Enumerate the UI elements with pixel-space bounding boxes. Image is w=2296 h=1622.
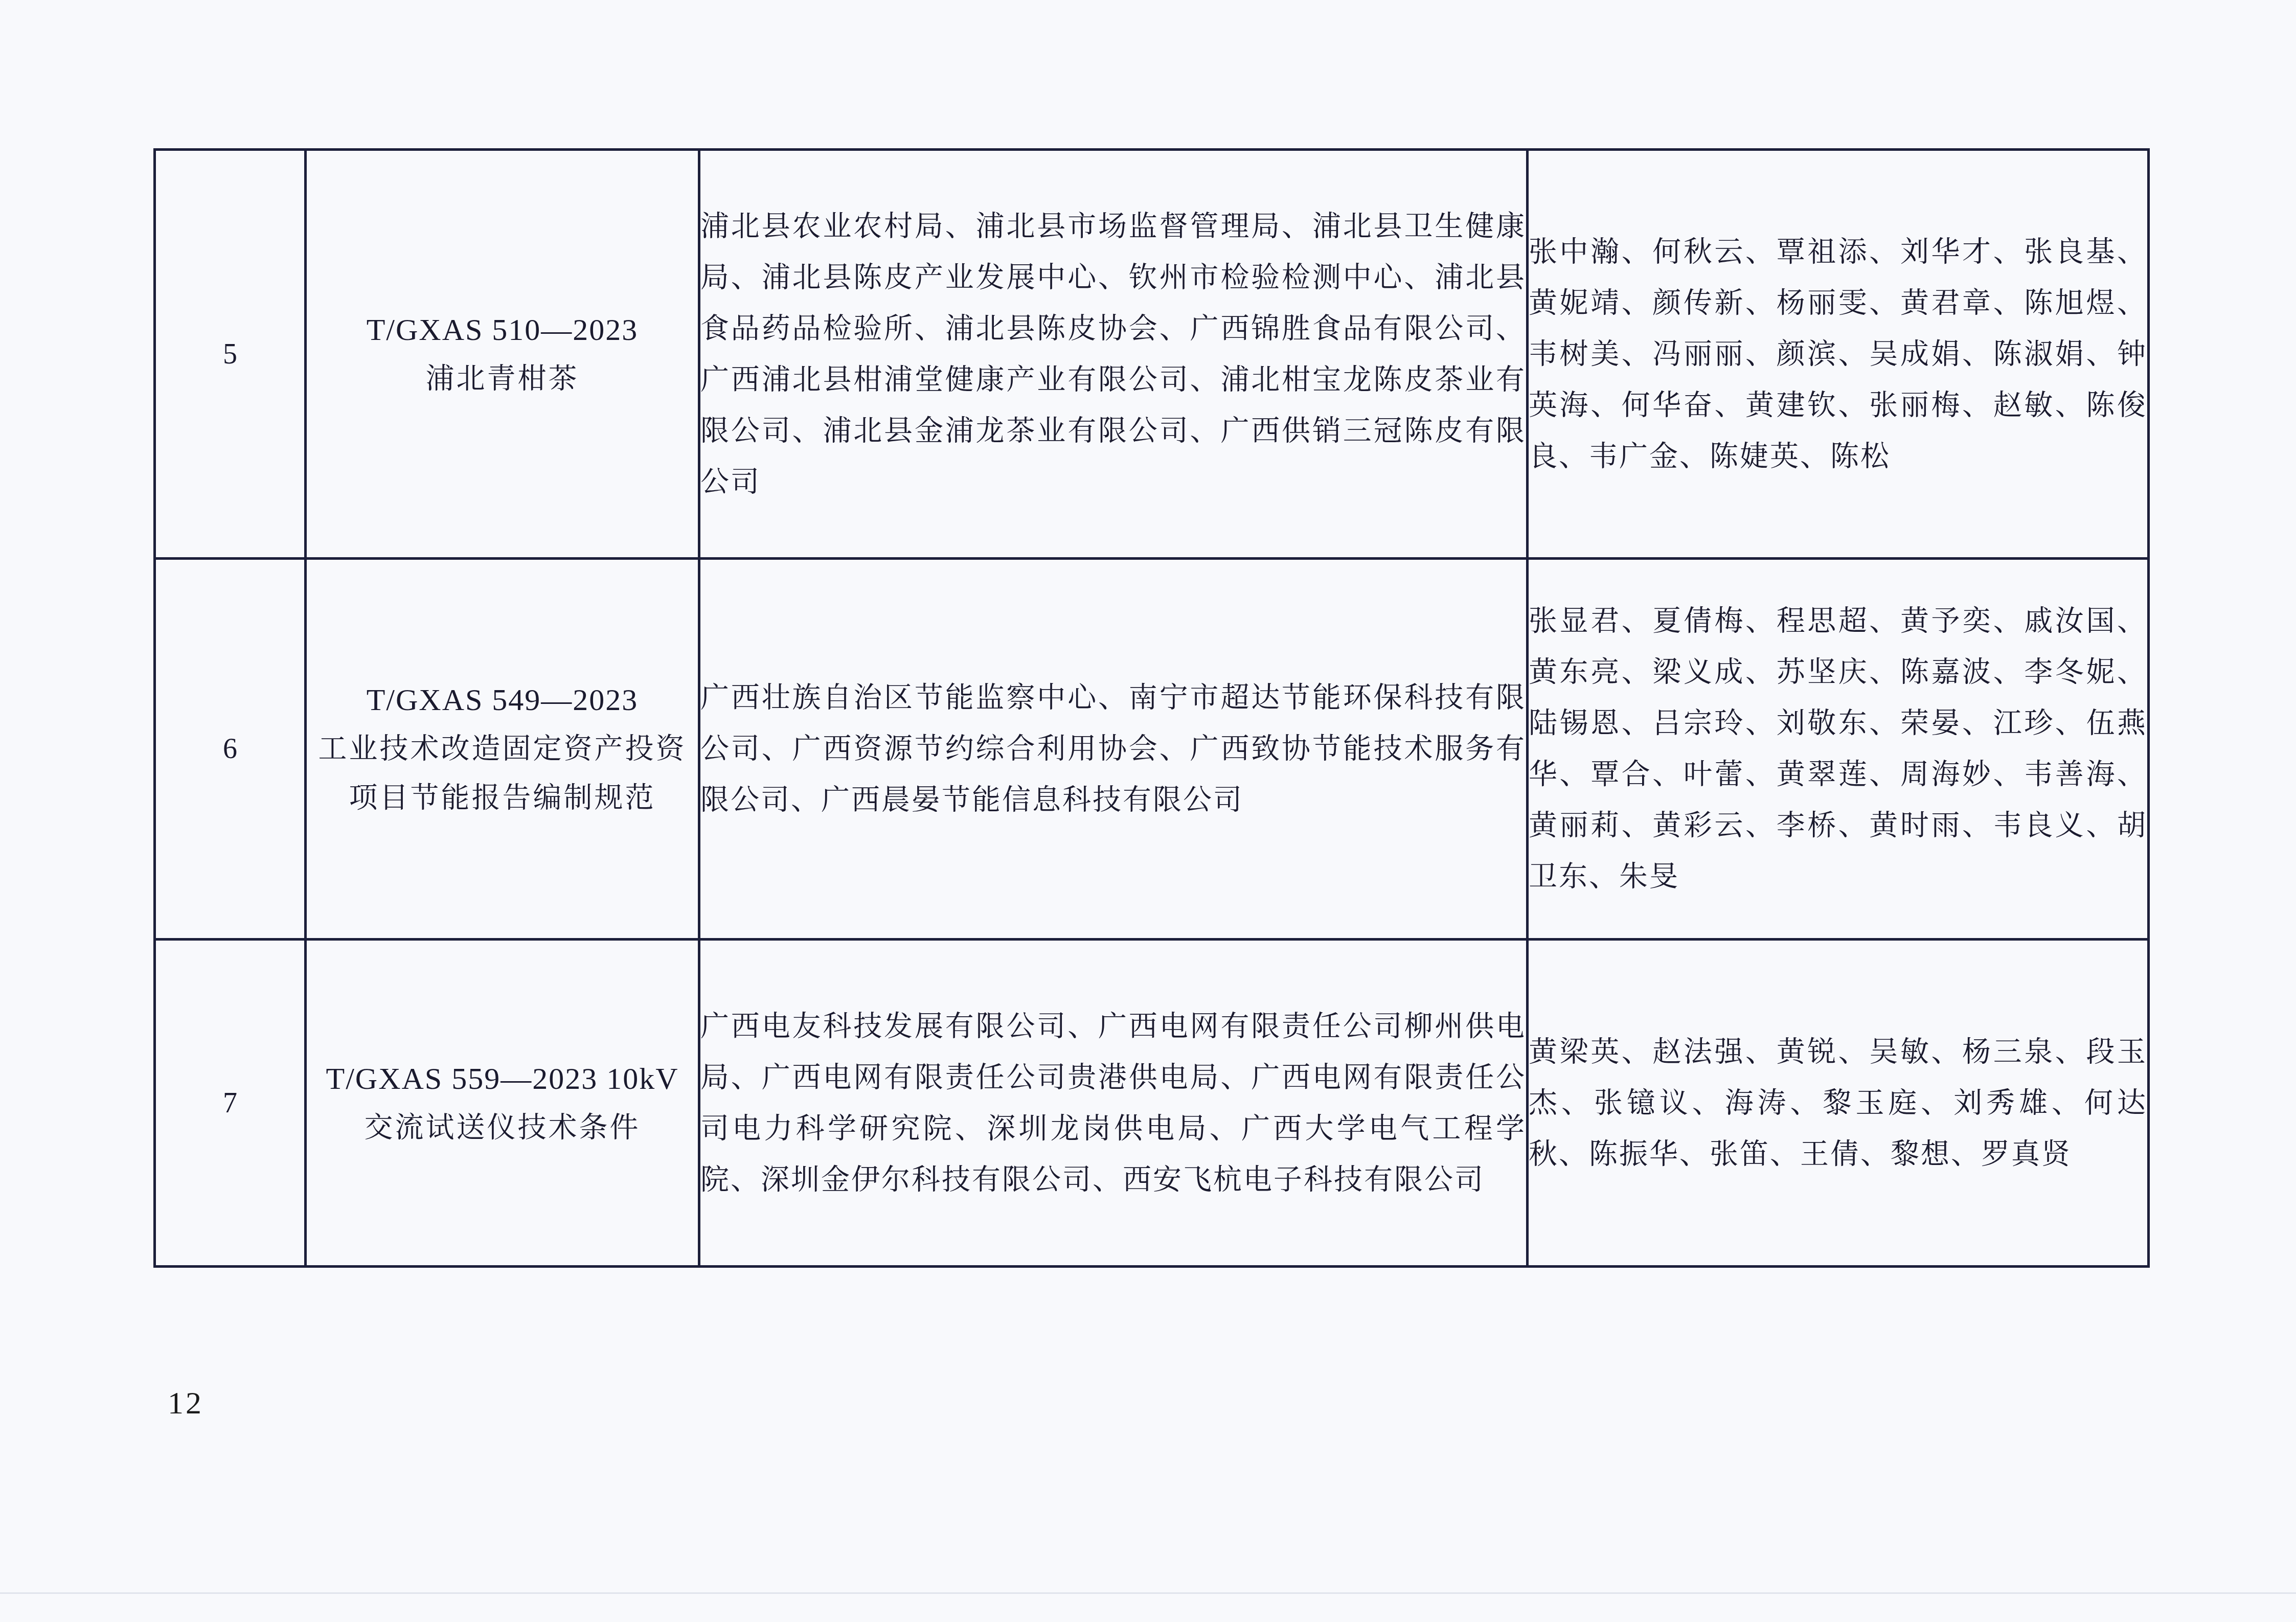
standard-code: T/GXAS 559—2023 10kV [307, 1054, 698, 1103]
row-index: 6 [155, 559, 306, 940]
standard-cell: T/GXAS 510—2023 浦北青柑茶 [306, 150, 699, 559]
drafters-cell: 张中瀚、何秋云、覃祖添、刘华才、张良基、黄妮靖、颜传新、杨丽雯、黄君章、陈旭煜、… [1528, 150, 2149, 559]
standards-table: 5 T/GXAS 510—2023 浦北青柑茶 浦北县农业农村局、浦北县市场监督… [153, 148, 2150, 1268]
drafters-cell: 张显君、夏倩梅、程思超、黄予奕、戚汝国、黄东亮、梁义成、苏坚庆、陈嘉波、李冬妮、… [1528, 559, 2149, 940]
row-index: 7 [155, 940, 306, 1267]
standard-cell: T/GXAS 559—2023 10kV 交流试送仪技术条件 [306, 940, 699, 1267]
standard-cell: T/GXAS 549—2023 工业技术改造固定资产投资项目节能报告编制规范 [306, 559, 699, 940]
row-index: 5 [155, 150, 306, 559]
standard-name: 浦北青柑茶 [307, 354, 698, 403]
standard-code: T/GXAS 510—2023 [307, 305, 698, 354]
organizations-cell: 广西电友科技发展有限公司、广西电网有限责任公司柳州供电局、广西电网有限责任公司贵… [699, 940, 1528, 1267]
document-page: 5 T/GXAS 510—2023 浦北青柑茶 浦北县农业农村局、浦北县市场监督… [0, 0, 2296, 1622]
table-row: 7 T/GXAS 559—2023 10kV 交流试送仪技术条件 广西电友科技发… [155, 940, 2149, 1267]
table-row: 6 T/GXAS 549—2023 工业技术改造固定资产投资项目节能报告编制规范… [155, 559, 2149, 940]
standard-name: 工业技术改造固定资产投资项目节能报告编制规范 [307, 724, 698, 823]
page-number: 12 [168, 1385, 203, 1422]
organizations-cell: 浦北县农业农村局、浦北县市场监督管理局、浦北县卫生健康局、浦北县陈皮产业发展中心… [699, 150, 1528, 559]
standard-code: T/GXAS 549—2023 [307, 675, 698, 724]
table-row: 5 T/GXAS 510—2023 浦北青柑茶 浦北县农业农村局、浦北县市场监督… [155, 150, 2149, 559]
page-bottom-edge [0, 1592, 2296, 1594]
drafters-cell: 黄梁英、赵法强、黄锐、吴敏、杨三泉、段玉杰、张镱议、海涛、黎玉庭、刘秀雄、何达秋… [1528, 940, 2149, 1267]
standard-name: 交流试送仪技术条件 [307, 1103, 698, 1152]
organizations-cell: 广西壮族自治区节能监察中心、南宁市超达节能环保科技有限公司、广西资源节约综合利用… [699, 559, 1528, 940]
